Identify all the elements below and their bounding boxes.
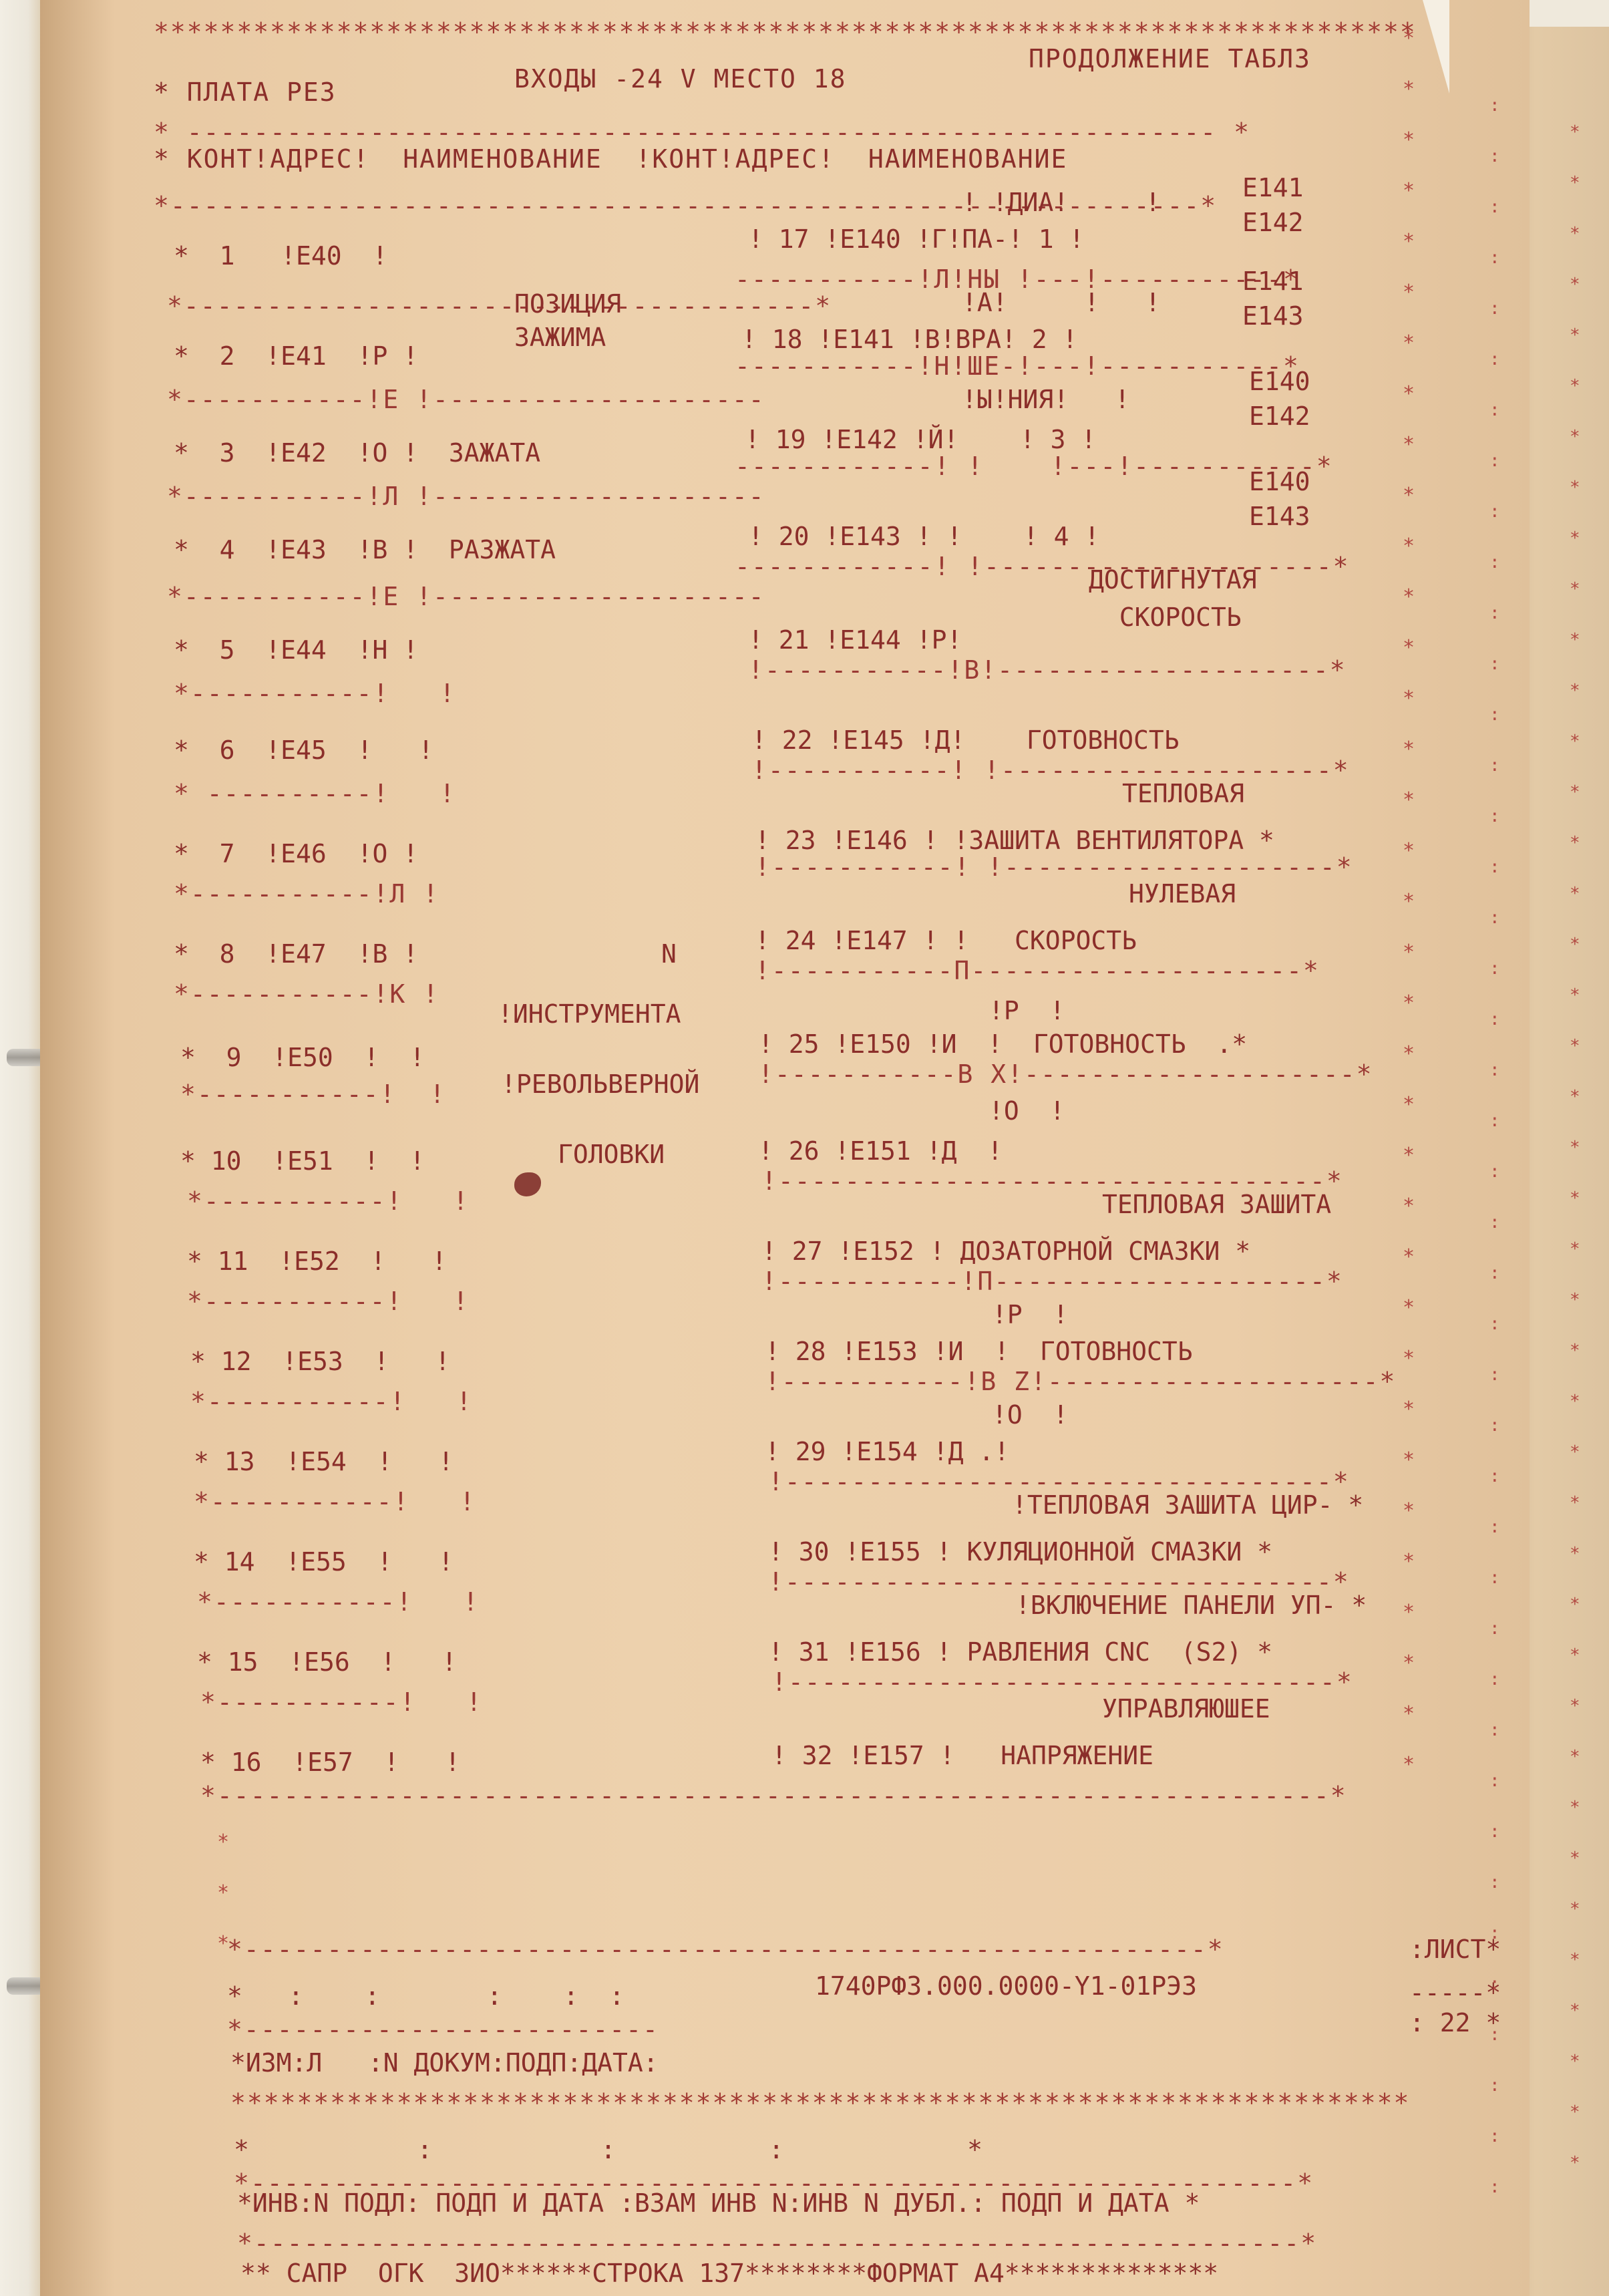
row-divider: *-----------! ! xyxy=(194,1476,476,1527)
row-name: !ВКЛЮЧЕНИЕ ПАНЕЛИ УП- * xyxy=(1015,1580,1367,1631)
name-line: ТЕПЛОВАЯ ЗАШИТА ЦИР- xyxy=(1027,1490,1333,1520)
tool-label-instrument: ИНСТРУМЕНТА xyxy=(513,999,681,1029)
row-name: РАЗЖАТА xyxy=(449,535,556,564)
tool-label-head: ГОЛОВКИ xyxy=(558,1129,665,1180)
col-header-name-right: НАИМЕНОВАНИЕ xyxy=(868,144,1068,174)
code: Е143 xyxy=(1249,502,1310,531)
table-row: * 1 !Е40 ! xyxy=(174,230,387,281)
cont-number: 8 xyxy=(220,939,235,969)
code: Е142 xyxy=(1249,401,1310,431)
address: Е56 xyxy=(304,1647,350,1677)
row-name: УПРАВЛЯЮШЕЕ xyxy=(1102,1683,1270,1734)
table-row: * 4 !Е43 !В ! РАЗЖАТА xyxy=(174,524,556,575)
code: Е142 xyxy=(1242,208,1304,237)
cont-number: 12 xyxy=(221,1347,252,1376)
row-divider: *-----------!Е !-------------------- xyxy=(167,571,765,622)
col-header-addr-right: АДРЕС xyxy=(735,144,818,174)
row-name: ПОЗИЦИЯЗАЖИМА xyxy=(514,287,621,354)
name-line: СКОРОСТЬ xyxy=(1119,603,1242,632)
position-codes: Е140Е142 xyxy=(1249,364,1310,434)
cont-number: 4 xyxy=(220,535,235,564)
sheet-label-text: ЛИСТ xyxy=(1425,1935,1486,1964)
code: Е140 xyxy=(1249,467,1310,496)
row-divider: * ----------! ! xyxy=(174,768,456,819)
row-divider: *-----------! ! xyxy=(190,1376,473,1427)
privod-line: !Р ! xyxy=(992,1289,1068,1340)
name-line: ВКЛЮЧЕНИЕ ПАНЕЛИ УП- xyxy=(1031,1591,1336,1620)
row-divider: *-----------! ! xyxy=(187,1176,470,1226)
cont-number: 9 xyxy=(226,1043,242,1072)
tool-label-n: N xyxy=(661,929,677,979)
address: Е41 xyxy=(281,341,327,371)
right-edge-stars: *********************************** xyxy=(1403,13,1415,1790)
underlying-sheet-dots: ::::::::::::::::::::::::::::::::::::::::… xyxy=(1489,80,1500,2212)
row-name: ТЕПЛОВАЯ xyxy=(1122,768,1244,819)
address: Е40 xyxy=(296,241,342,271)
cont-number: 15 xyxy=(228,1647,258,1677)
address: Е52 xyxy=(294,1247,340,1276)
code: Е141 xyxy=(1242,267,1304,296)
sheet-number: : 22 * xyxy=(1409,1997,1501,2048)
sheet-number-value: 22 xyxy=(1440,2008,1471,2037)
row-divider: !-----------!В!--------------------* xyxy=(748,645,1347,695)
diag-line: !Ы!НИЯ! ! xyxy=(962,374,1130,425)
address: Е51 xyxy=(287,1146,333,1176)
column-headers: * КОНТ!АДРЕС! НАИМЕНОВАНИЕ !КОНТ!АДРЕС! … xyxy=(154,134,1067,184)
privod-line: !О ! xyxy=(992,1389,1068,1440)
cont-number: 32 xyxy=(802,1741,833,1770)
position-codes: Е140Е143 xyxy=(1249,464,1310,534)
cont-number: 5 xyxy=(220,635,235,665)
cont-number: 2 xyxy=(220,341,235,371)
address: Е157 xyxy=(863,1741,924,1770)
row-divider: !-----------! !--------------------* xyxy=(751,745,1350,796)
address: Е53 xyxy=(297,1347,343,1376)
privod-line: !О ! xyxy=(989,1086,1065,1136)
printout: ****************************************… xyxy=(0,0,1609,2296)
cont-number: 14 xyxy=(224,1547,255,1577)
code: Е141 xyxy=(1242,173,1304,202)
row-divider: *-----------!Е !-------------------- xyxy=(167,374,765,425)
address: Е54 xyxy=(301,1447,347,1476)
row-divider: *-----------! ! xyxy=(187,1276,470,1327)
row-name: ЗАЖАТА xyxy=(449,438,540,468)
doc-code: 1740РФ3.000.0000-Y1-01РЭ3 xyxy=(815,1961,1197,2011)
row-divider: ------------! ! !---!-----------* xyxy=(735,441,1333,492)
col-header-cont-right: КОНТ xyxy=(652,144,719,174)
cont-number: 3 xyxy=(220,438,235,468)
address: Е42 xyxy=(281,438,327,468)
row-divider: *-----------! ! xyxy=(200,1677,483,1728)
cont-number: 6 xyxy=(220,735,235,765)
bottom-row: ** САПР ОГК ЗИО******СТРОКА 137********Ф… xyxy=(240,2248,1218,2296)
change-row-text: ИЗМ:Л :N ДОКУМ:ПОДП:ДАТА: xyxy=(246,2048,659,2078)
position-codes: Е141Е143 xyxy=(1242,264,1304,333)
row-divider: *-----------!К ! xyxy=(174,969,439,1019)
cont-number: 17 xyxy=(779,224,810,254)
address: Е45 xyxy=(281,735,327,765)
row-divider: !-----------!В Z!--------------------* xyxy=(765,1356,1396,1407)
inventory-row-text: ИНВ:N ПОДЛ: ПОДП И ДАТА :ВЗАМ ИНВ N:ИНВ … xyxy=(252,2188,1170,2218)
name-line: ДОСТИГНУТАЯ xyxy=(1089,565,1257,595)
continuation-label: ПРОДОЛЖЕНИЕ ТАБЛ3 xyxy=(1029,33,1311,84)
row-divider: ------------! !---------------------* xyxy=(735,541,1349,592)
position-number: 1 xyxy=(1039,224,1054,254)
row-name: ТЕПЛОВАЯ ЗАШИТА xyxy=(1102,1179,1331,1230)
underlying-sheet-stars: ****************************************… xyxy=(1570,107,1580,2188)
col-header-name: НАИМЕНОВАНИЕ xyxy=(403,144,602,174)
cont-number: 1 xyxy=(220,241,235,271)
diag-header: ! !ДИА! ! xyxy=(962,177,1160,228)
row-name: !ТЕПЛОВАЯ ЗАШИТА ЦИР- * xyxy=(1012,1480,1363,1530)
tool-label-line: !ИНСТРУМЕНТА xyxy=(498,989,681,1039)
name-line: НАПРЯЖЕНИЕ xyxy=(1001,1741,1153,1770)
address: Е50 xyxy=(287,1043,333,1072)
address: Е140 xyxy=(840,224,901,254)
address: Е46 xyxy=(281,839,327,868)
row-divider: *--------------------------------------* xyxy=(167,281,832,331)
position-codes: Е141Е142 xyxy=(1242,170,1304,240)
row-name: НУЛЕВАЯ xyxy=(1129,868,1236,919)
cont-number: 11 xyxy=(218,1247,248,1276)
cont-number: 13 xyxy=(224,1447,255,1476)
address: Е55 xyxy=(301,1547,347,1577)
inputs-label: ВХОДЫ -24 V МЕСТО 18 xyxy=(514,53,847,104)
address: Е47 xyxy=(281,939,327,969)
row-divider: *-----------! ! xyxy=(174,668,456,719)
row-divider: *-----------!Л ! xyxy=(174,868,439,919)
row-name: ДОСТИГНУТАЯ СКОРОСТЬ xyxy=(1089,561,1257,636)
footer-star-border: ****************************************… xyxy=(230,2078,1410,2128)
row-divider: !-----------! !--------------------* xyxy=(755,842,1353,892)
board-label: ПЛАТА РЕ3 xyxy=(187,77,337,107)
tool-label-revolver: РЕВОЛЬВЕРНОЙ xyxy=(516,1070,700,1099)
table-bottom-border: *---------------------------------------… xyxy=(200,1770,1347,1821)
row-divider: !-----------В Х!--------------------* xyxy=(758,1049,1373,1100)
col-header-addr: АДРЕС xyxy=(270,144,353,174)
row-divider: *-----------! ! xyxy=(197,1577,480,1627)
ink-stain xyxy=(514,1172,541,1196)
tool-label-line: !РЕВОЛЬВЕРНОЙ xyxy=(501,1059,699,1110)
cont-number: 10 xyxy=(211,1146,242,1176)
row-divider: *-----------!Л !-------------------- xyxy=(167,471,765,522)
address: Е44 xyxy=(281,635,327,665)
cont-number: 7 xyxy=(220,839,235,868)
row-divider: *-----------! ! xyxy=(180,1069,446,1120)
privod-line: !Р ! xyxy=(989,985,1065,1036)
code: Е140 xyxy=(1249,367,1310,396)
col-header-cont: КОНТ xyxy=(187,144,254,174)
address: Е43 xyxy=(281,535,327,564)
code: Е143 xyxy=(1242,301,1304,331)
diag-line: !А! ! ! xyxy=(962,277,1160,328)
